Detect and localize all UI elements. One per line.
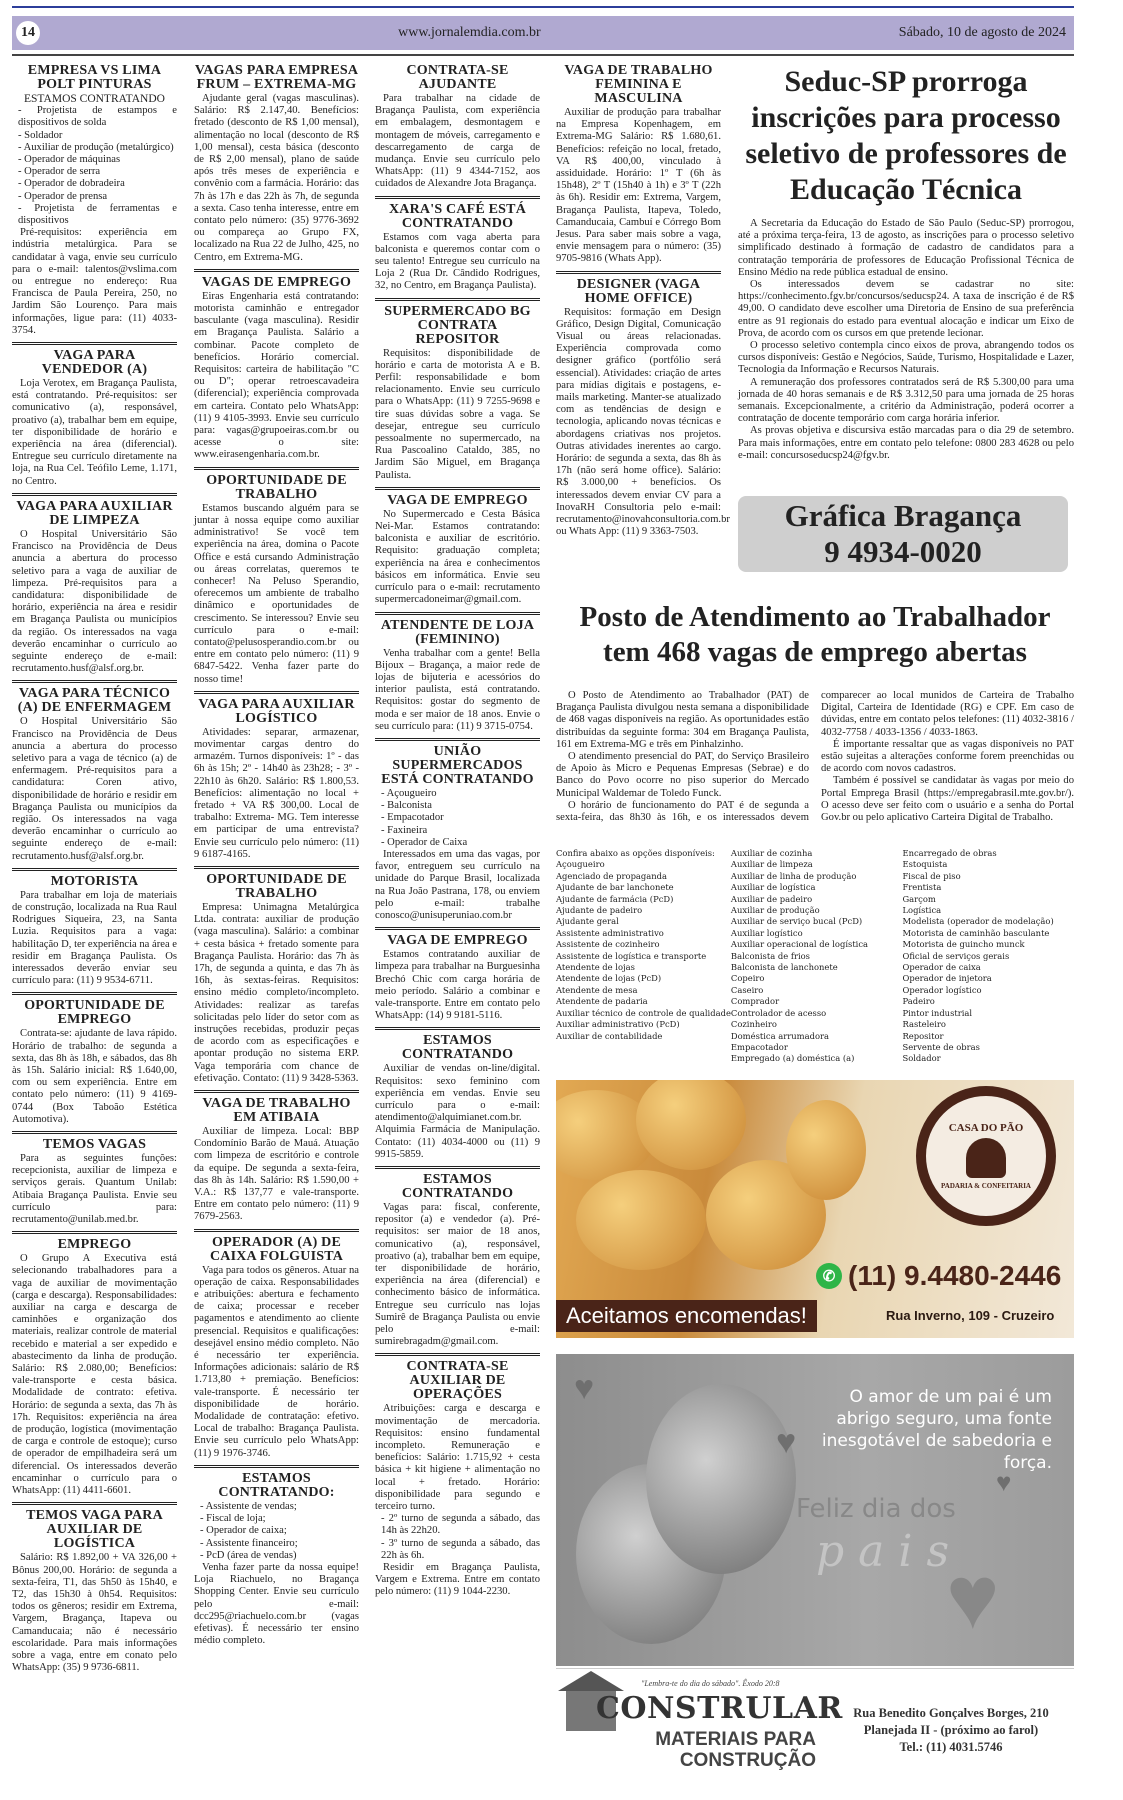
pat-job-item: Motorista de caminhão basculante <box>902 928 1074 939</box>
pat-job-item: Auxiliar administrativo (PcD) <box>556 1019 731 1030</box>
ad-item: - Balconista <box>381 800 540 812</box>
ad-item: - PcD (área de vendas) <box>200 1550 359 1562</box>
ad-body: Requisitos: disponibilidade de horário e… <box>375 348 540 482</box>
ad-body: Pré-requisitos: experiência em indústria… <box>12 227 177 337</box>
ad-body: Empresa: Unimagna Metalúrgica Ltda. cont… <box>194 902 359 1085</box>
fathers-day-greeting: Feliz dia dos <box>796 1494 956 1524</box>
column-divider <box>194 866 359 869</box>
pat-job-item: Rasteleiro <box>902 1019 1074 1030</box>
pat-job-item: Caseiro <box>731 985 903 996</box>
pat-job-item: Balconista de frios <box>731 951 903 962</box>
pat-job-item: Operador de injetora <box>902 973 1074 984</box>
ad-body: Venha fazer parte da nossa equipe! Loja … <box>194 1562 359 1647</box>
ad-title: UNIÃO SUPERMERCADOS ESTÁ CONTRATANDO <box>375 745 540 787</box>
grafica-braganca-ad: Gráfica Bragança 9 4934-0020 <box>738 496 1068 572</box>
ad-body: Estamos contratando auxiliar de limpeza … <box>375 949 540 1022</box>
grafica-phone: 9 4934-0020 <box>738 534 1068 570</box>
column-divider <box>12 342 177 345</box>
ad-title: VAGA PARA AUXILIAR LOGÍSTICO <box>194 698 359 726</box>
ad-item: - Açougueiro <box>381 788 540 800</box>
classified-ad: OPORTUNIDADE DE TRABALHOEstamos buscando… <box>194 474 359 686</box>
pat-job-item: Atendente de padaria <box>556 996 731 1007</box>
ad-footer: Residir em Bragança Paulista, Vargem e E… <box>375 1562 540 1599</box>
ad-title: OPORTUNIDADE DE TRABALHO <box>194 873 359 901</box>
pat-job-item: Garçom <box>902 894 1074 905</box>
ad-title: VAGA PARA TÉCNICO (A) DE ENFERMAGEM <box>12 687 177 715</box>
column-divider <box>12 992 177 995</box>
ad-title: EMPREGO <box>12 1238 177 1252</box>
pat-job-item: Auxiliar logístico <box>731 928 903 939</box>
classified-ad: VAGA PARA TÉCNICO (A) DE ENFERMAGEMO Hos… <box>12 687 177 862</box>
seduc-paragraph: As provas objetiva e discursiva estão ma… <box>738 425 1074 462</box>
pat-job-item: Frentista <box>902 882 1074 893</box>
column-divider <box>12 1502 177 1505</box>
bakery-address: Rua Inverno, 109 - Cruzeiro <box>886 1308 1054 1323</box>
pat-job-item: Operador logístico <box>902 985 1074 996</box>
ad-title: VAGA DE EMPREGO <box>375 934 540 948</box>
father-photo <box>646 1384 796 1574</box>
ad-body: O Hospital Universitário São Francisco n… <box>12 529 177 675</box>
pat-job-item: Motorista de guincho munck <box>902 939 1074 950</box>
ad-title: ESTAMOS CONTRATANDO <box>375 1034 540 1062</box>
pat-job-item: Ajudante de farmácia (PcD) <box>556 894 731 905</box>
classifieds-column-4: VAGA DE TRABALHO FEMININA E MASCULINAAux… <box>556 62 721 539</box>
ad-title: VAGA DE TRABALHO FEMININA E MASCULINA <box>556 64 721 106</box>
ad-item: - Projetista de ferramentas e dispositiv… <box>18 203 177 227</box>
ad-body: Auxiliar de vendas on-line/digital. Requ… <box>375 1063 540 1161</box>
pat-job-item: Auxiliar de serviço bucal (PcD) <box>731 916 903 927</box>
heart-icon: ♥ <box>574 1372 594 1406</box>
seduc-paragraph: A Secretaria da Educação do Estado de Sã… <box>738 218 1074 279</box>
pat-job-item: Servente de obras <box>902 1042 1074 1053</box>
column-divider <box>375 738 540 741</box>
ad-body: Atividades: separar, armazenar, moviment… <box>194 727 359 861</box>
ad-body: Para as seguintes funções: recepcionista… <box>12 1153 177 1226</box>
classified-ad: ESTAMOS CONTRATANDOAuxiliar de vendas on… <box>375 1034 540 1161</box>
classified-ad: VAGA DE TRABALHO FEMININA E MASCULINAAux… <box>556 64 721 266</box>
pat-job-item: Auxiliar técnico de controle de qualidad… <box>556 1008 731 1019</box>
column-divider <box>194 467 359 470</box>
pat-list-column: Encarregado de obrasEstoquistaFiscal de … <box>902 848 1074 1065</box>
ad-title: VAGA PARA AUXILIAR DE LIMPEZA <box>12 500 177 528</box>
pat-job-item: Pintor industrial <box>902 1008 1074 1019</box>
column-divider <box>12 868 177 871</box>
ad-item: - Soldador <box>18 130 177 142</box>
ad-body: Ajudante geral (vagas masculinas). Salár… <box>194 93 359 264</box>
column-divider <box>375 298 540 301</box>
bakery-phone: ✆ (11) 9.4480-2446 <box>816 1260 1061 1292</box>
ad-title: EMPRESA VS LIMA POLT PINTURAS <box>12 64 177 92</box>
pat-job-item: Auxiliar de limpeza <box>731 859 903 870</box>
pat-job-item: Soldador <box>902 1053 1074 1064</box>
fathers-day-script: pais <box>816 1526 963 1577</box>
constrular-motto: "Lembra-te do dia do sábado". Êxodo 20:8 <box>641 1679 779 1688</box>
column-divider <box>194 1090 359 1093</box>
cupcake-icon <box>966 1138 1006 1178</box>
header-rule <box>12 54 1074 56</box>
classified-ad: VAGAS PARA EMPRESA FRUM – EXTREMA-MGAjud… <box>194 64 359 264</box>
classified-ad: EMPRESA VS LIMA POLT PINTURASESTAMOS CON… <box>12 64 177 337</box>
ad-title: XARA'S CAFÉ ESTÁ CONTRATANDO <box>375 203 540 231</box>
classified-ad: DESIGNER (VAGA HOME OFFICE)Requisitos: f… <box>556 278 721 539</box>
classified-ad: SUPERMERCADO BG CONTRATA REPOSITORRequis… <box>375 305 540 482</box>
constrular-phone: Tel.: (11) 4031.5746 <box>836 1739 1066 1756</box>
ad-item-list: - Açougueiro- Balconista- Empacotador- F… <box>375 788 540 849</box>
seduc-article-body: A Secretaria da Educação do Estado de Sã… <box>738 218 1074 462</box>
constrular-subtitle-line: CONSTRUÇÃO <box>616 1750 816 1771</box>
ad-body: Para trabalhar na cidade de Bragança Pau… <box>375 93 540 191</box>
bread-image <box>576 1170 706 1270</box>
pat-job-item: Atendente de lojas (PcD) <box>556 973 731 984</box>
ad-item: - 3º turno de segunda a sábado, das 22h … <box>381 1538 540 1562</box>
pat-list-column: Auxiliar de cozinhaAuxiliar de limpezaAu… <box>731 848 903 1065</box>
pat-job-item: Ajudante de bar lanchonete <box>556 882 731 893</box>
pat-job-item: Ajudante de padeiro <box>556 905 731 916</box>
pat-paragraph: O Posto de Atendimento ao Trabalhador (P… <box>556 690 809 751</box>
pat-job-item: Repositor <box>902 1031 1074 1042</box>
grafica-name: Gráfica Bragança <box>738 498 1068 534</box>
ad-body: O Hospital Universitário São Francisco n… <box>12 716 177 862</box>
bread-image <box>786 1100 866 1200</box>
pat-job-item: Auxiliar de linha de produção <box>731 871 903 882</box>
classified-ad: VAGA PARA AUXILIAR LOGÍSTICOAtividades: … <box>194 698 359 861</box>
classified-ad: TEMOS VAGA PARA AUXILIAR DE LOGÍSTICASal… <box>12 1509 177 1674</box>
pat-job-item: Encarregado de obras <box>902 848 1074 859</box>
pat-job-item: Empregado (a) doméstica (a) <box>731 1053 903 1064</box>
classified-ad: VAGA PARA AUXILIAR DE LIMPEZAO Hospital … <box>12 500 177 675</box>
ad-title: OPORTUNIDADE DE TRABALHO <box>194 474 359 502</box>
column-divider <box>556 271 721 274</box>
pat-job-item: Estoquista <box>902 859 1074 870</box>
ad-title: CONTRATA-SE AUXILIAR DE OPERAÇÕES <box>375 1360 540 1402</box>
ad-item: - Assistente de vendas; <box>200 1501 359 1513</box>
seduc-headline: Seduc-SP prorroga inscrições para proces… <box>738 64 1074 208</box>
classifieds-column-1: EMPRESA VS LIMA POLT PINTURASESTAMOS CON… <box>12 62 177 1674</box>
column-divider <box>194 269 359 272</box>
classified-ad: VAGAS DE EMPREGOEiras Engenharia está co… <box>194 276 359 462</box>
ad-body: Para trabalhar em loja de materiais de c… <box>12 890 177 988</box>
classified-ad: ESTAMOS CONTRATANDOVagas para: fiscal, c… <box>375 1173 540 1348</box>
classified-ad: VAGA DE EMPREGONo Supermercado e Cesta B… <box>375 494 540 607</box>
ad-body: Requisitos: formação em Design Gráfico, … <box>556 307 721 539</box>
seduc-paragraph: O processo seletivo contempla cinco eixo… <box>738 340 1074 377</box>
ad-item: - Auxiliar de produção (metalúrgico) <box>18 142 177 154</box>
column-divider <box>375 487 540 490</box>
column-divider <box>194 691 359 694</box>
ad-item: - Operador de Caixa <box>381 837 540 849</box>
constrular-address: Rua Benedito Gonçalves Borges, 210 Plane… <box>836 1705 1066 1756</box>
ad-title: OPERADOR (A) DE CAIXA FOLGUISTA <box>194 1236 359 1264</box>
ad-item: - Operador de prensa <box>18 191 177 203</box>
top-rule <box>12 6 1074 8</box>
bakery-tagline: PADARIA & CONFEITARIA <box>941 1182 1031 1190</box>
ad-item: - Operador de serra <box>18 166 177 178</box>
column-divider <box>12 1231 177 1234</box>
classified-ad: OPORTUNIDADE DE TRABALHOEmpresa: Unimagn… <box>194 873 359 1085</box>
seduc-paragraph: A remuneração dos professores contratado… <box>738 377 1074 426</box>
classified-ad: OPORTUNIDADE DE EMPREGOContrata-se: ajud… <box>12 999 177 1126</box>
constrular-ad: "Lembra-te do dia do sábado". Êxodo 20:8… <box>556 1668 1074 1783</box>
ad-body: Atribuições: carga e descarga e moviment… <box>375 1403 540 1513</box>
pat-job-item: Empacotador <box>731 1042 903 1053</box>
classified-ad: CONTRATA-SE AUXILIAR DE OPERAÇÕESAtribui… <box>375 1360 540 1598</box>
casa-do-pao-ad: CASA DO PÃO PADARIA & CONFEITARIA ✆ (11)… <box>556 1080 1074 1338</box>
casa-do-pao-logo: CASA DO PÃO PADARIA & CONFEITARIA <box>916 1086 1056 1226</box>
classified-ad: TEMOS VAGASPara as seguintes funções: re… <box>12 1138 177 1226</box>
ad-body: Estamos buscando alguém para se juntar à… <box>194 503 359 686</box>
pat-article-body: O Posto de Atendimento ao Trabalhador (P… <box>556 690 1074 824</box>
ad-title: ATENDENTE DE LOJA (FEMININO) <box>375 619 540 647</box>
ad-item-list: - 2º turno de segunda a sábado, das 14h … <box>375 1513 540 1562</box>
pat-list-column: Confira abaixo as opções disponíveis:Aço… <box>556 848 731 1065</box>
pat-job-item: Auxiliar de contabilidade <box>556 1031 731 1042</box>
pat-job-item: Copeiro <box>731 973 903 984</box>
heart-icon: ♥ <box>776 1426 796 1460</box>
fathers-day-ad: ♥ ♥ ♥ ♥ O amor de um pai é um abrigo seg… <box>556 1354 1074 1666</box>
column-divider <box>375 927 540 930</box>
ad-item: - Projetista de estampos e dispositivos … <box>18 105 177 129</box>
constrular-subtitle-line: MATERIAIS PARA <box>616 1729 816 1750</box>
pat-job-item: Balconista de lanchonete <box>731 962 903 973</box>
ad-title: CONTRATA-SE AJUDANTE <box>375 64 540 92</box>
ad-title: TEMOS VAGAS <box>12 1138 177 1152</box>
pat-job-item: Auxiliar de cozinha <box>731 848 903 859</box>
pat-job-item: Modelista (operador de modelação) <box>902 916 1074 927</box>
ad-body: Interessados em uma das vagas, por favor… <box>375 849 540 922</box>
pat-job-list: Confira abaixo as opções disponíveis:Aço… <box>556 848 1074 1065</box>
ad-title: VAGAS PARA EMPRESA FRUM – EXTREMA-MG <box>194 64 359 92</box>
column-divider <box>375 612 540 615</box>
ad-title: VAGAS DE EMPREGO <box>194 276 359 290</box>
fathers-day-quote: O amor de um pai é um abrigo seguro, uma… <box>802 1386 1052 1474</box>
ad-item: - Operador de dobradeira <box>18 178 177 190</box>
pat-job-item: Operador de caixa <box>902 962 1074 973</box>
ad-item: - 2º turno de segunda a sábado, das 14h … <box>381 1513 540 1537</box>
classified-ad: MOTORISTAPara trabalhar em loja de mater… <box>12 875 177 988</box>
ad-item-list: - Assistente de vendas;- Fiscal de loja;… <box>194 1501 359 1562</box>
page-number: 14 <box>16 21 40 45</box>
column-divider <box>375 1027 540 1030</box>
ad-item: - Operador de caixa; <box>200 1525 359 1537</box>
ad-body: Auxiliar de limpeza. Local: BBP Condomín… <box>194 1126 359 1224</box>
pat-job-item: Auxiliar de padeiro <box>731 894 903 905</box>
ad-title: SUPERMERCADO BG CONTRATA REPOSITOR <box>375 305 540 347</box>
ad-item: - Faxineira <box>381 825 540 837</box>
pat-job-item: Agenciado de propaganda <box>556 871 731 882</box>
ad-title: OPORTUNIDADE DE EMPREGO <box>12 999 177 1027</box>
address-line: Rua Benedito Gonçalves Borges, 210 <box>836 1705 1066 1722</box>
issue-date: Sábado, 10 de agosto de 2024 <box>899 25 1066 41</box>
pat-job-item: Oficial de serviços gerais <box>902 951 1074 962</box>
bread-image <box>636 1080 746 1170</box>
ad-title: VAGA DE TRABALHO EM ATIBAIA <box>194 1097 359 1125</box>
classified-ad: ATENDENTE DE LOJA (FEMININO)Venha trabal… <box>375 619 540 733</box>
pat-job-item: Controlador de acesso <box>731 1008 903 1019</box>
pat-job-item: Assistente de logística e transporte <box>556 951 731 962</box>
ad-title: VAGA PARA VENDEDOR (A) <box>12 349 177 377</box>
pat-paragraph: O atendimento presencial do PAT, do Serv… <box>556 751 809 800</box>
ad-body: Contrata-se: ajudante de lava rápido. Ho… <box>12 1028 177 1126</box>
address-line: Planejada II - (próximo ao farol) <box>836 1722 1066 1739</box>
ad-item: - Fiscal de loja; <box>200 1513 359 1525</box>
pat-job-item: Assistente de cozinheiro <box>556 939 731 950</box>
classified-ad: ESTAMOS CONTRATANDO:- Assistente de vend… <box>194 1472 359 1647</box>
site-url[interactable]: www.jornalemdia.com.br <box>398 25 541 41</box>
classifieds-column-2: VAGAS PARA EMPRESA FRUM – EXTREMA-MGAjud… <box>194 62 359 1647</box>
pat-job-item: Auxiliar operacional de logística <box>731 939 903 950</box>
column-divider <box>194 1465 359 1468</box>
classified-ad: VAGA DE TRABALHO EM ATIBAIAAuxiliar de l… <box>194 1097 359 1224</box>
pat-paragraph: É importante ressaltar que as vagas disp… <box>821 739 1074 776</box>
ad-item: - Empacotador <box>381 812 540 824</box>
constrular-name: CONSTRULAR <box>596 1691 843 1726</box>
classified-ad: VAGA PARA VENDEDOR (A)Loja Verotex, em B… <box>12 349 177 488</box>
bakery-banner: Aceitamos encomendas! <box>556 1300 817 1332</box>
bakery-phone-number: (11) 9.4480-2446 <box>848 1260 1061 1292</box>
constrular-subtitle: MATERIAIS PARA CONSTRUÇÃO <box>616 1729 816 1771</box>
ad-body: Vaga para todos os gêneros. Atuar na ope… <box>194 1265 359 1460</box>
pat-list-intro: Confira abaixo as opções disponíveis: <box>556 848 731 859</box>
ad-title: DESIGNER (VAGA HOME OFFICE) <box>556 278 721 306</box>
pat-job-item: Fiscal de piso <box>902 871 1074 882</box>
column-divider <box>194 1229 359 1232</box>
ad-body: Auxiliar de produção para trabalhar na E… <box>556 107 721 266</box>
ad-subtitle: ESTAMOS CONTRATANDO <box>12 93 177 105</box>
column-divider <box>12 680 177 683</box>
column-divider <box>12 1131 177 1134</box>
ad-body: Estamos com vaga aberta para balconista … <box>375 232 540 293</box>
pat-job-item: Auxiliar de produção <box>731 905 903 916</box>
pat-headline: Posto de Atendimento ao Trabalhador tem … <box>556 600 1074 670</box>
pat-job-item: Doméstica arrumadora <box>731 1031 903 1042</box>
ad-item-list: - Projetista de estampos e dispositivos … <box>12 105 177 227</box>
ad-body: Vagas para: fiscal, conferente, reposito… <box>375 1202 540 1348</box>
classified-ad: OPERADOR (A) DE CAIXA FOLGUISTAVaga para… <box>194 1236 359 1460</box>
pat-job-item: Assistente administrativo <box>556 928 731 939</box>
ad-title: MOTORISTA <box>12 875 177 889</box>
seduc-paragraph: Os interessados devem se cadastrar no si… <box>738 279 1074 340</box>
column-divider <box>375 1166 540 1169</box>
column-divider <box>375 1353 540 1356</box>
ad-body: No Supermercado e Cesta Básica Nei-Mar. … <box>375 509 540 607</box>
column-divider <box>12 493 177 496</box>
pat-job-item: Comprador <box>731 996 903 1007</box>
pat-job-item: Atendente de mesa <box>556 985 731 996</box>
pat-job-item: Açougueiro <box>556 859 731 870</box>
pat-job-item: Cozinheiro <box>731 1019 903 1030</box>
ad-body: Loja Verotex, em Bragança Paulista, está… <box>12 378 177 488</box>
page-header: 14 www.jornalemdia.com.br Sábado, 10 de … <box>12 16 1074 50</box>
ad-title: VAGA DE EMPREGO <box>375 494 540 508</box>
pat-job-item: Padeiro <box>902 996 1074 1007</box>
ad-item: - Assistente financeiro; <box>200 1538 359 1550</box>
classified-ad: CONTRATA-SE AJUDANTEPara trabalhar na ci… <box>375 64 540 191</box>
pat-job-item: Logística <box>902 905 1074 916</box>
ad-body: Venha trabalhar com a gente! Bella Bijou… <box>375 648 540 733</box>
classified-ad: UNIÃO SUPERMERCADOS ESTÁ CONTRATANDO- Aç… <box>375 745 540 922</box>
pat-job-item: Ajudante geral <box>556 916 731 927</box>
column-divider <box>375 196 540 199</box>
classified-ad: XARA'S CAFÉ ESTÁ CONTRATANDOEstamos com … <box>375 203 540 293</box>
pat-job-item: Auxiliar de logística <box>731 882 903 893</box>
whatsapp-icon: ✆ <box>816 1263 842 1289</box>
ad-body: O Grupo A Executiva está selecionando tr… <box>12 1253 177 1497</box>
ad-title: TEMOS VAGA PARA AUXILIAR DE LOGÍSTICA <box>12 1509 177 1551</box>
classified-ad: EMPREGOO Grupo A Executiva está selecion… <box>12 1238 177 1497</box>
ad-body: Eiras Engenharia está contratando: motor… <box>194 291 359 462</box>
pat-paragraph: Também é possível se candidatar às vagas… <box>821 775 1074 824</box>
ad-title: ESTAMOS CONTRATANDO: <box>194 1472 359 1500</box>
classified-ad: VAGA DE EMPREGOEstamos contratando auxil… <box>375 934 540 1022</box>
pat-job-item: Atendente de lojas <box>556 962 731 973</box>
classifieds-column-3: CONTRATA-SE AJUDANTEPara trabalhar na ci… <box>375 62 540 1599</box>
ad-item: - Operador de máquinas <box>18 154 177 166</box>
bakery-brand: CASA DO PÃO <box>949 1122 1024 1134</box>
ad-title: ESTAMOS CONTRATANDO <box>375 1173 540 1201</box>
ad-body: Salário: R$ 1.892,00 + VA 326,00 + Bônus… <box>12 1552 177 1674</box>
